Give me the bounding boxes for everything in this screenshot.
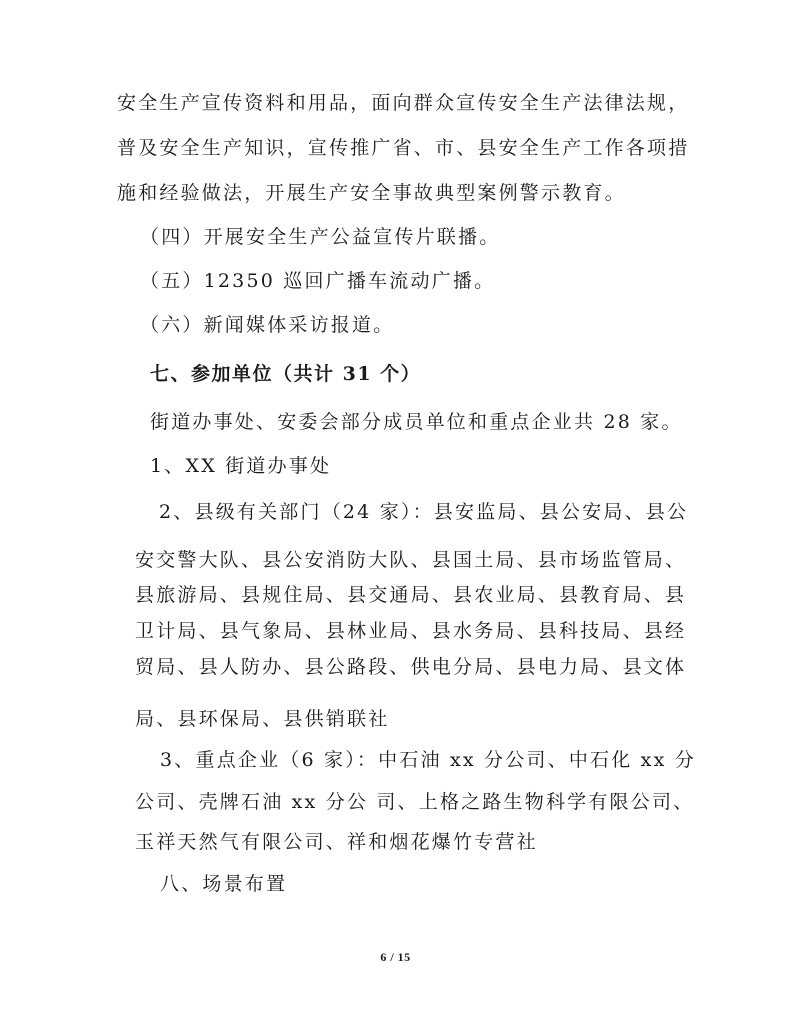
- paragraph-line: 县旅游局、县规住局、县交通局、县农业局、县教育局、县: [135, 583, 686, 607]
- section-heading-8: 八、场景布置: [160, 872, 287, 896]
- paragraph-line: 安交警大队、县公安消防大队、县国土局、县市场监管局、: [135, 548, 686, 572]
- paragraph-line: 玉祥天然气有限公司、祥和烟花爆竹专营社: [135, 830, 538, 854]
- list-item-1: 1、XX 街道办事处: [150, 454, 331, 478]
- list-item-2: 2、县级有关部门（24 家）：县安监局、县公安局、县公: [159, 500, 688, 524]
- paragraph-line: 街道办事处、安委会部分成员单位和重点企业共 28 家。: [150, 410, 683, 434]
- paragraph-line: 普及安全生产知识，宣传推广省、市、县安全生产工作各项措: [117, 136, 689, 160]
- paragraph-line: 卫计局、县气象局、县林业局、县水务局、县科技局、县经: [135, 619, 686, 643]
- paragraph-line: 施和经验做法，开展生产安全事故典型案例警示教育。: [117, 181, 626, 205]
- paragraph-line: 安全生产宣传资料和用品，面向群众宣传安全生产法律法规，: [117, 91, 689, 115]
- list-item-4: （四）开展安全生产公益宣传片联播。: [140, 225, 500, 249]
- list-item-3: 3、重点企业（6 家）：中石油 xx 分公司、中石化 xx 分: [160, 748, 696, 772]
- section-heading-7: 七、参加单位（共计 31 个）: [150, 362, 421, 386]
- page-number: 6 / 15: [0, 950, 791, 965]
- paragraph-line: 公司、壳牌石油 xx 分公 司、上格之路生物科学有限公司、: [135, 790, 694, 814]
- paragraph-line: 贸局、县人防办、县公路段、供电分局、县电力局、县文体: [135, 655, 686, 679]
- list-item-5: （五）12350 巡回广播车流动广播。: [140, 269, 495, 293]
- list-item-6: （六）新闻媒体采访报道。: [140, 313, 394, 337]
- paragraph-line: 局、县环保局、县供销联社: [135, 707, 389, 731]
